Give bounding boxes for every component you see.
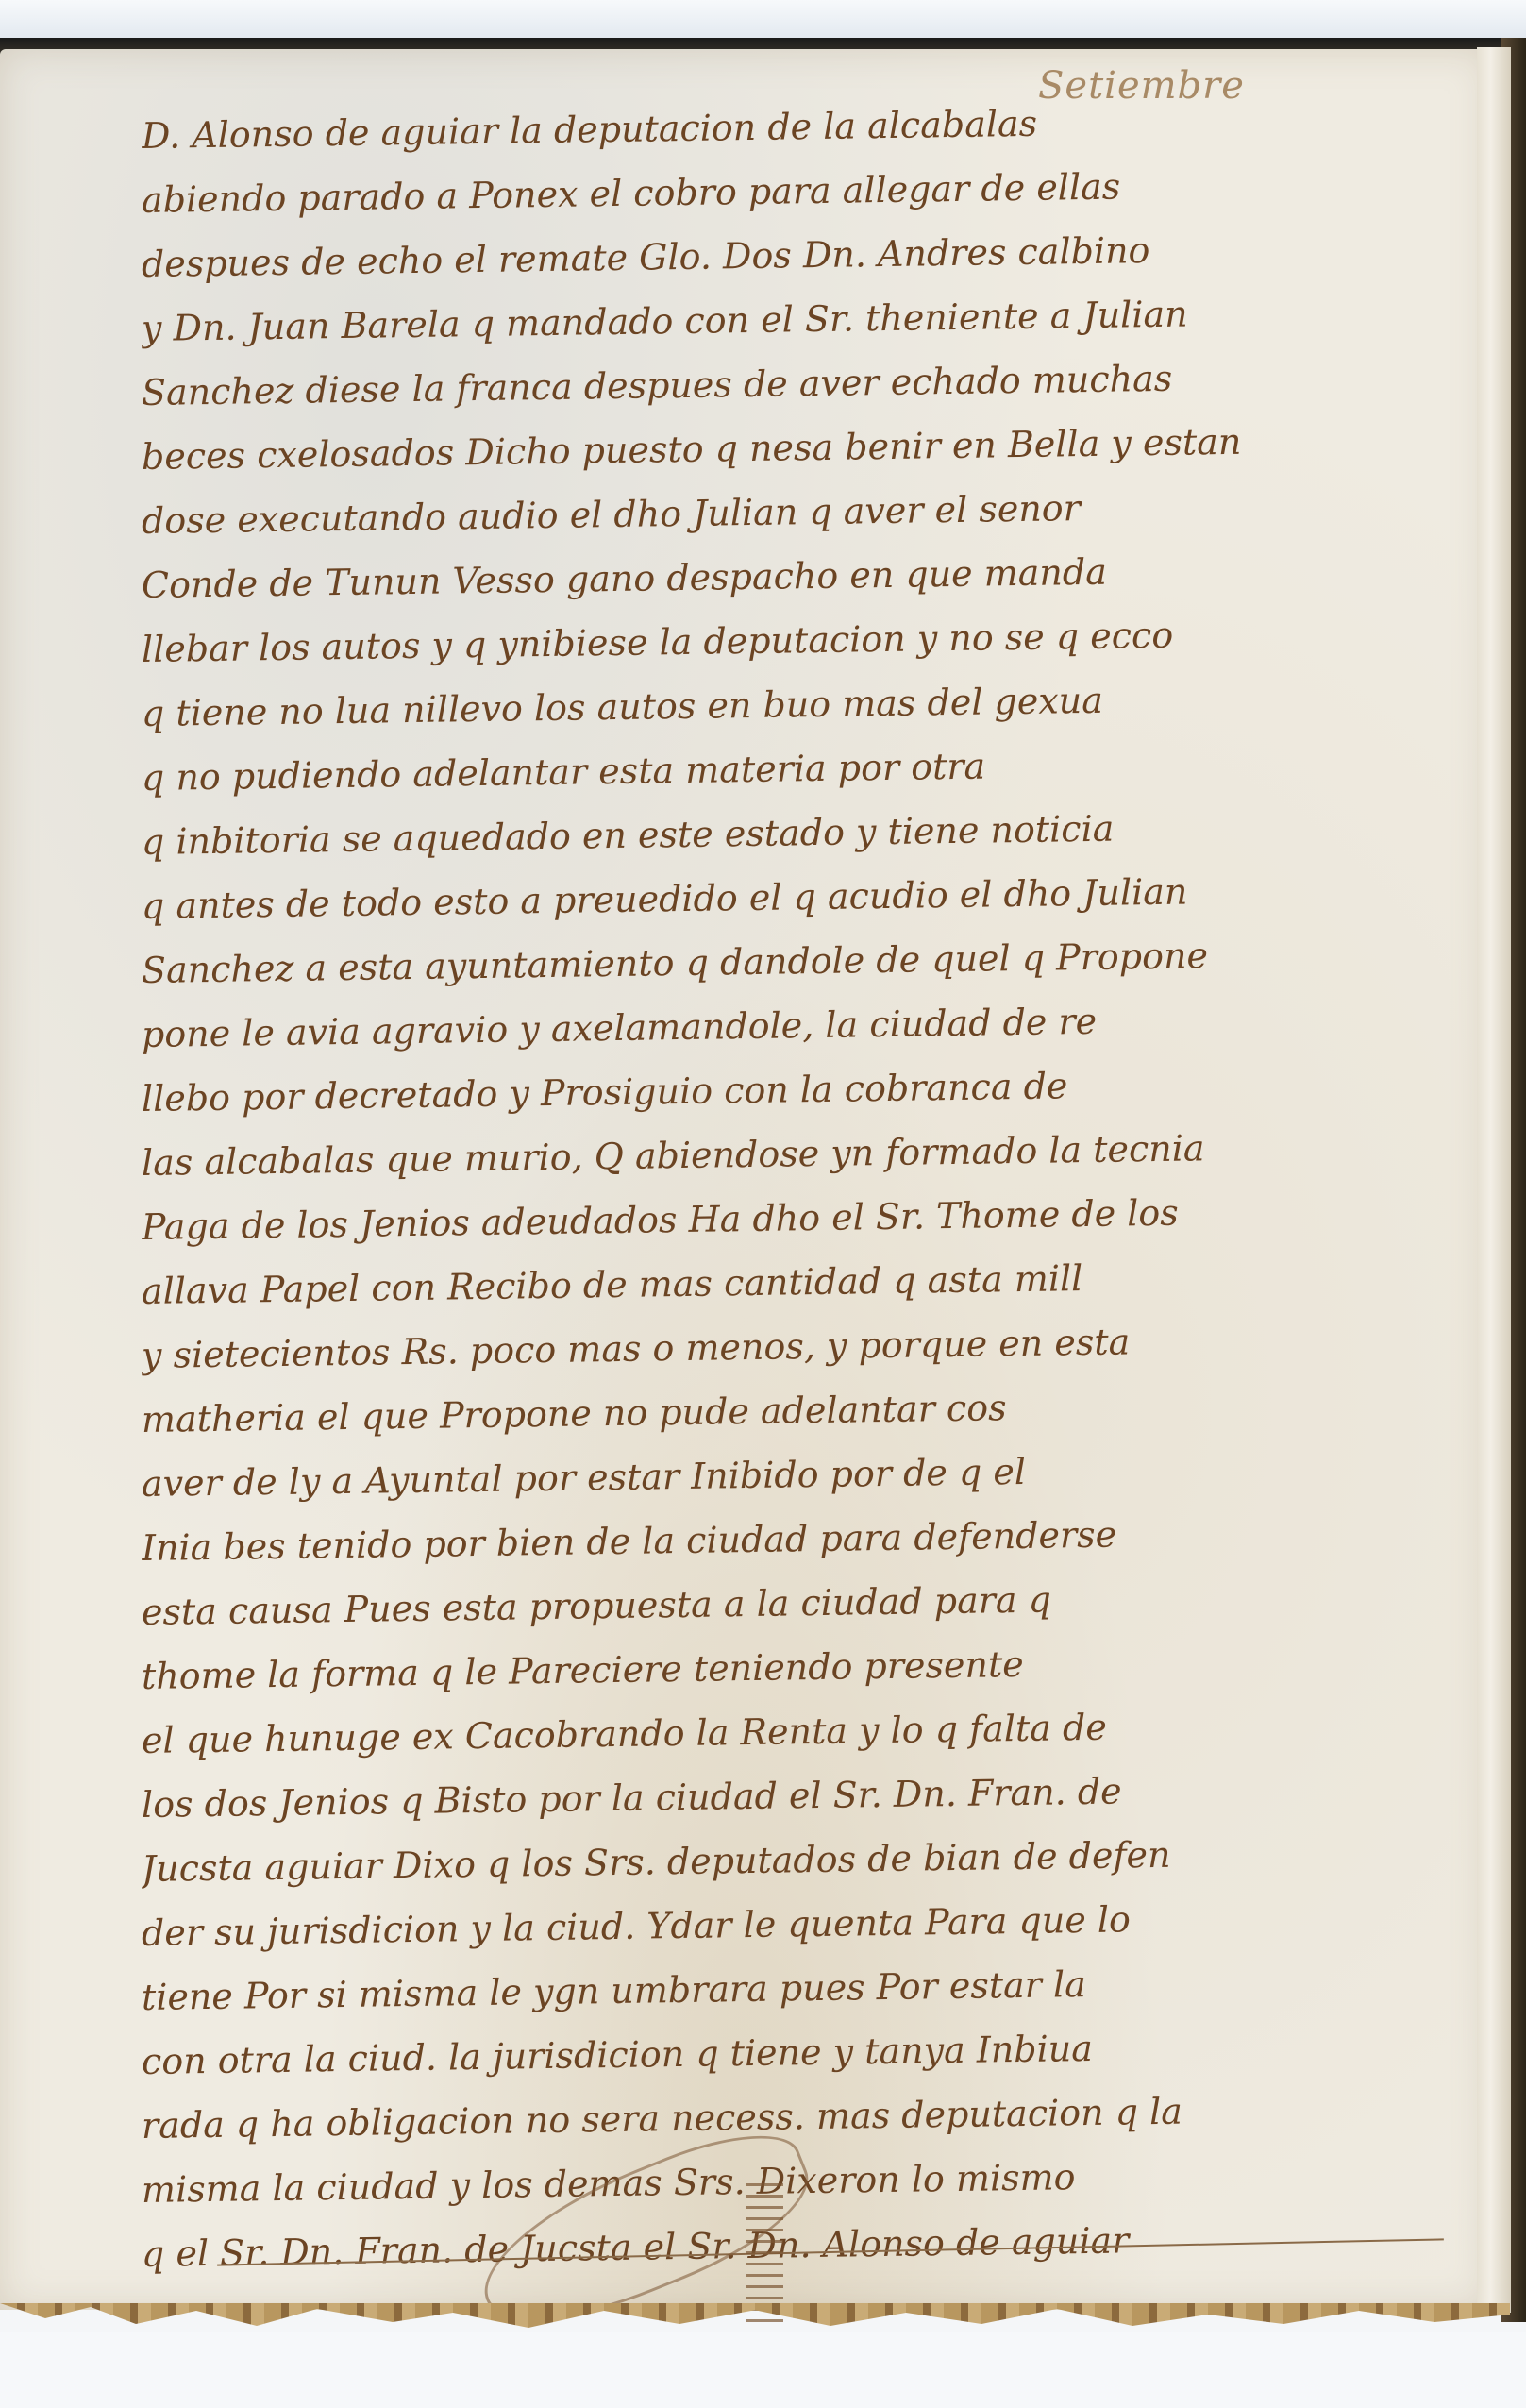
- manuscript-text: D. Alonso de aguiar la deputacion de la …: [142, 104, 1491, 2286]
- scan-background-bottom: [0, 2332, 1526, 2408]
- signature-flourish-icon: [746, 2181, 783, 2322]
